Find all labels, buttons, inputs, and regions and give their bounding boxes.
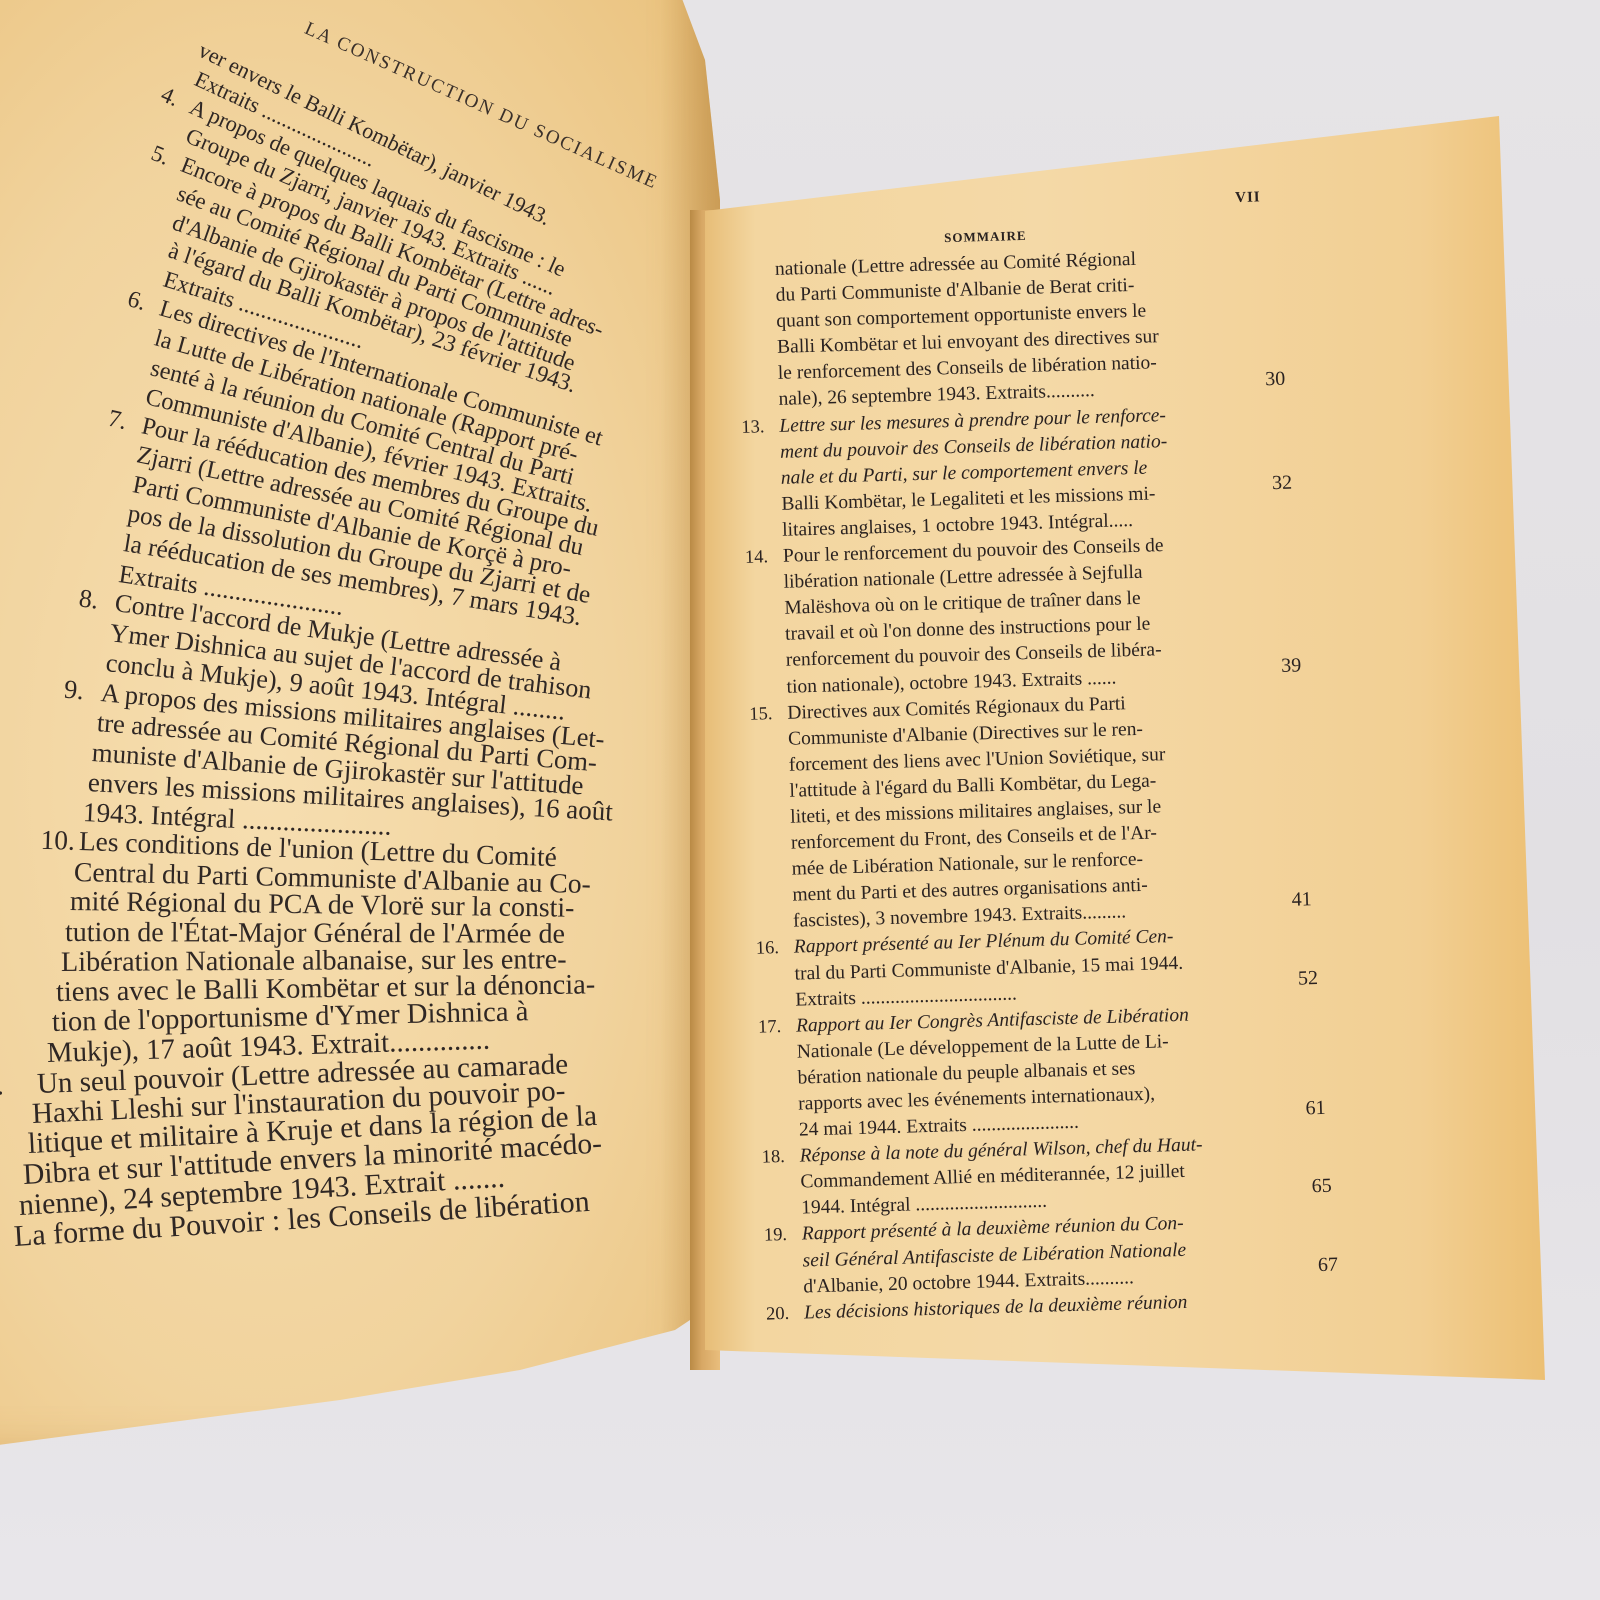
toc-page-number: 41 xyxy=(1291,887,1312,914)
sommaire-heading: SOMMAIRE xyxy=(944,228,1027,246)
left-entry-number: . xyxy=(0,1068,37,1102)
left-entry-number: 9. xyxy=(63,674,103,708)
toc-page-number: 65 xyxy=(1311,1173,1332,1200)
toc-entry: nationale (Lettre adressée au Comité Rég… xyxy=(737,241,1341,414)
left-entry-number: 8. xyxy=(77,584,117,619)
toc-entry: 17.Rapport au Ier Congrès Antifasciste d… xyxy=(758,998,1361,1145)
toc-page-number: 30 xyxy=(1265,365,1286,392)
toc-page-number: 61 xyxy=(1305,1095,1326,1122)
toc-entry: 15.Directives aux Comités Régionaux du P… xyxy=(749,685,1355,937)
open-book-photo: LA CONSTRUCTION DU SOCIALISME ver envers… xyxy=(0,0,1600,1600)
toc-page-number: 39 xyxy=(1281,652,1302,679)
toc-page-number: 32 xyxy=(1272,469,1293,496)
toc-page-number: 67 xyxy=(1318,1251,1339,1278)
toc-page-number: 52 xyxy=(1298,965,1319,992)
left-entry-number: 10. xyxy=(40,825,79,857)
toc-entry: 13.Lettre sur les mesures à prendre pour… xyxy=(741,398,1344,545)
toc-entry: 14.Pour le renforcement du pouvoir des C… xyxy=(745,528,1349,701)
page-number: VII xyxy=(1235,189,1261,207)
table-of-contents: nationale (Lettre adressée au Comité Rég… xyxy=(737,241,1367,1327)
